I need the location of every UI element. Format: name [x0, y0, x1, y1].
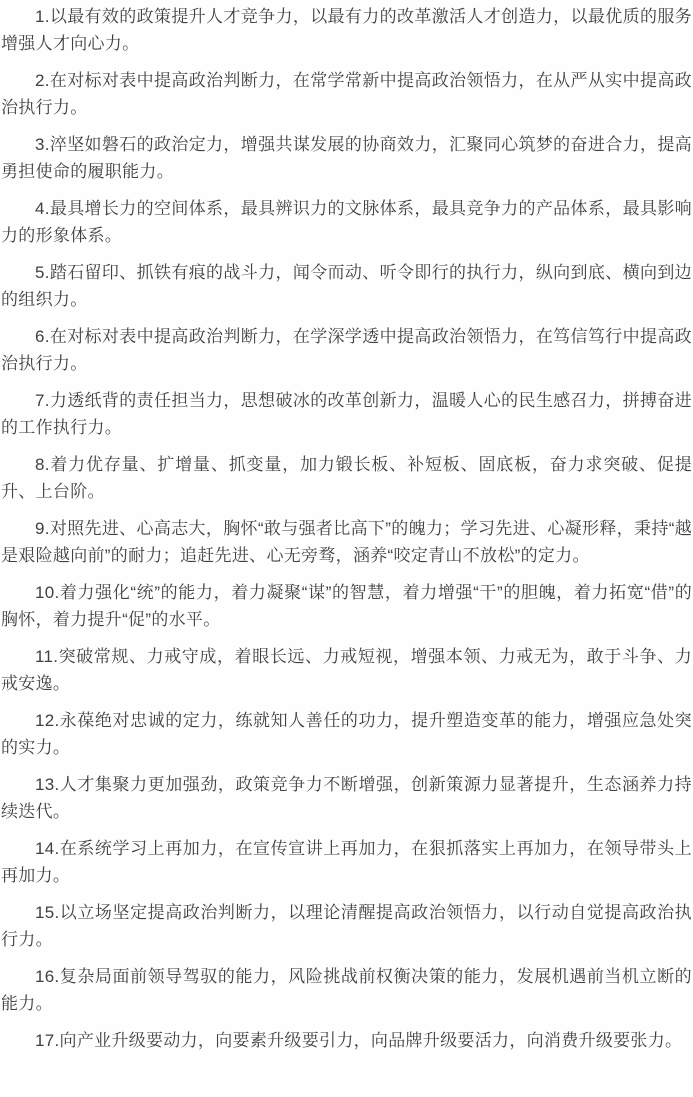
paragraph: 4.最具增长力的空间体系，最具辨识力的文脉体系，最具竞争力的产品体系，最具影响力…	[1, 195, 692, 249]
paragraph: 7.力透纸背的责任担当力，思想破冰的改革创新力，温暖人心的民生感召力，拼搏奋进的…	[1, 387, 692, 441]
paragraph: 8.着力优存量、扩增量、抓变量，加力锻长板、补短板、固底板，奋力求突破、促提升、…	[1, 451, 692, 505]
paragraph: 16.复杂局面前领导驾驭的能力，风险挑战前权衡决策的能力，发展机遇前当机立断的能…	[1, 963, 692, 1017]
paragraph: 3.淬坚如磐石的政治定力，增强共谋发展的协商效力，汇聚同心筑梦的奋进合力，提高勇…	[1, 131, 692, 185]
paragraph: 15.以立场坚定提高政治判断力，以理论清醒提高政治领悟力，以行动自觉提高政治执行…	[1, 899, 692, 953]
paragraph: 6.在对标对表中提高政治判断力，在学深学透中提高政治领悟力，在笃信笃行中提高政治…	[1, 323, 692, 377]
paragraph: 13.人才集聚力更加强劲，政策竞争力不断增强，创新策源力显著提升，生态涵养力持续…	[1, 771, 692, 825]
paragraph: 10.着力强化“统”的能力，着力凝聚“谋”的智慧，着力增强“干”的胆魄，着力拓宽…	[1, 579, 692, 633]
paragraph: 1.以最有效的政策提升人才竞争力，以最有力的改革激活人才创造力，以最优质的服务增…	[1, 3, 692, 57]
paragraph: 5.踏石留印、抓铁有痕的战斗力，闻令而动、听令即行的执行力，纵向到底、横向到边的…	[1, 259, 692, 313]
document-page: 1.以最有效的政策提升人才竞争力，以最有力的改革激活人才创造力，以最优质的服务增…	[0, 0, 693, 1097]
paragraph: 9.对照先进、心高志大，胸怀“敢与强者比高下”的魄力；学习先进、心凝形释，秉持“…	[1, 515, 692, 569]
paragraph: 14.在系统学习上再加力，在宣传宣讲上再加力，在狠抓落实上再加力，在领导带头上再…	[1, 835, 692, 889]
paragraph: 12.永葆绝对忠诚的定力，练就知人善任的功力，提升塑造变革的能力，增强应急处突的…	[1, 707, 692, 761]
paragraph: 2.在对标对表中提高政治判断力，在常学常新中提高政治领悟力，在从严从实中提高政治…	[1, 67, 692, 121]
paragraph: 17.向产业升级要动力，向要素升级要引力，向品牌升级要活力，向消费升级要张力。	[1, 1027, 692, 1054]
paragraph: 11.突破常规、力戒守成，着眼长远、力戒短视，增强本领、力戒无为，敢于斗争、力戒…	[1, 643, 692, 697]
